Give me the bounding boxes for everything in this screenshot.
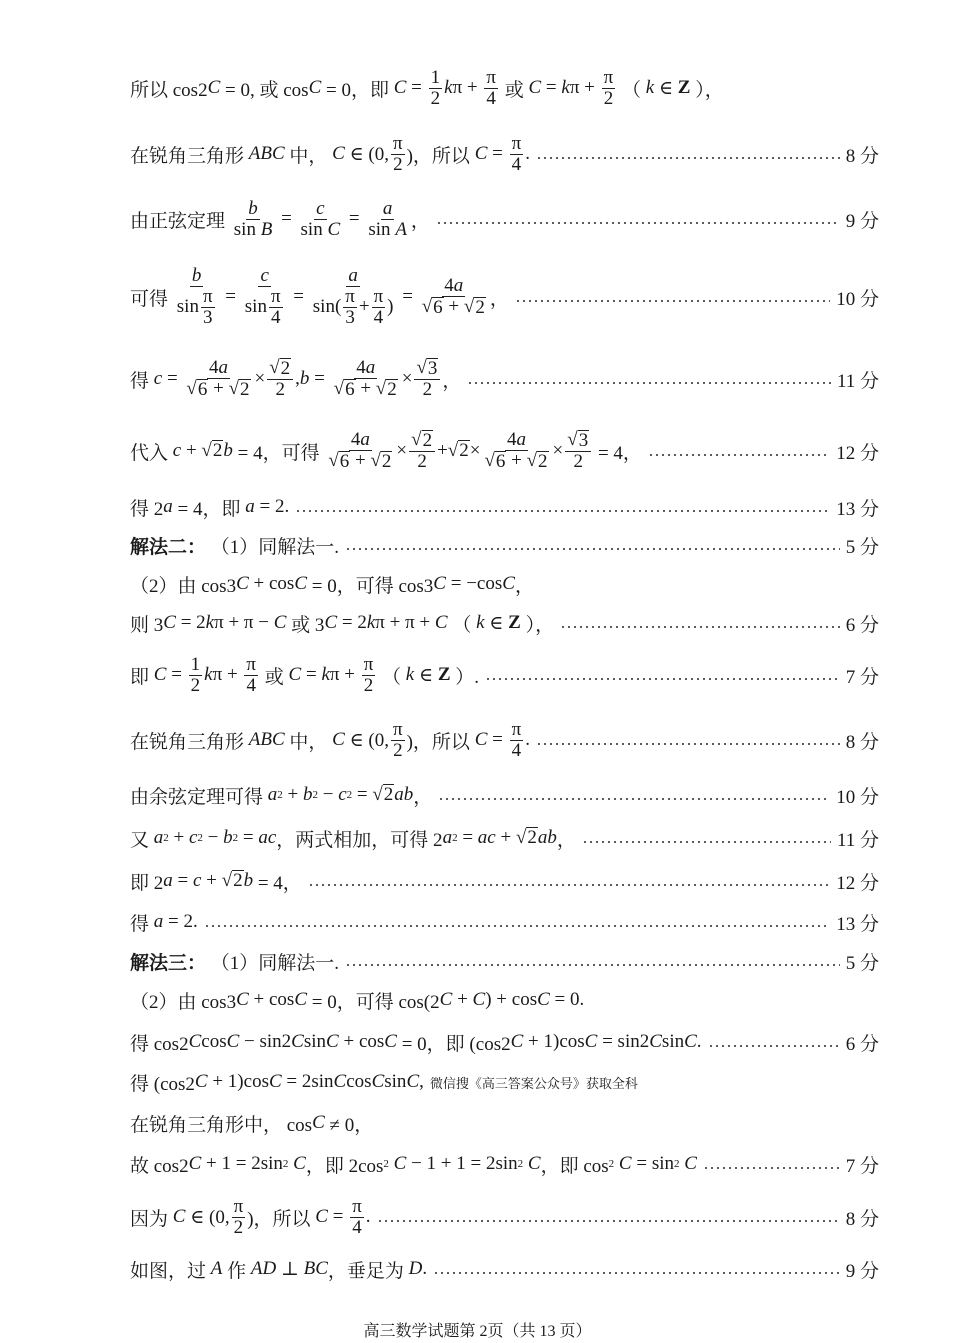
line-content: 代入 c + √2b = 4，可得 4a√6 + √2×√22+√2×4a√6 … — [130, 430, 642, 473]
score-label: 8 分 — [846, 141, 879, 168]
dot-leader — [433, 1272, 840, 1274]
dot-leader — [536, 157, 840, 159]
score-label: 8 分 — [846, 727, 879, 754]
score-label: 11 分 — [837, 825, 879, 852]
dot-leader — [485, 678, 840, 680]
solution-line-19: 得 cos2CcosC − sin2CsinC + cosC = 0，即 (co… — [130, 1022, 879, 1062]
solution-line-9: （2）由 cos3C + cosC = 0，可得 cos3C = −cosC， — [130, 564, 879, 604]
line-content: 得 2a = 4，即 a = 2. — [130, 494, 289, 521]
solution-line-1: 所以 cos2C = 0, 或 cosC = 0，即 C = 12kπ + π4… — [130, 68, 879, 108]
dot-leader — [308, 884, 830, 886]
score-label: 5 分 — [846, 532, 879, 559]
line-content: 因为 C ∈ (0,π2)，所以 C = π4. — [130, 1197, 371, 1238]
dot-leader — [582, 841, 831, 843]
solution-line-6: 代入 c + √2b = 4，可得 4a√6 + √2×√22+√2×4a√6 … — [130, 431, 879, 471]
line-content: 得 a = 2. — [130, 909, 198, 936]
line-content: 即 2a = c + √2b = 4， — [130, 868, 302, 895]
score-label: 10 分 — [836, 284, 879, 311]
line-content: （2）由 cos3C + cosC = 0，可得 cos(2C + C) + c… — [130, 987, 584, 1014]
dot-leader — [436, 222, 840, 224]
line-content: 又 a2 + c2 − b2 = ac，两式相加，可得 2a2 = ac + √… — [130, 825, 576, 852]
solution-line-7: 得 2a = 4，即 a = 2. 13 分 — [130, 487, 879, 527]
dot-leader — [295, 510, 830, 512]
method-3-heading: 解法三： （1）同解法一. 5 分 — [130, 941, 879, 981]
solution-line-18: （2）由 cos3C + cosC = 0，可得 cos(2C + C) + c… — [130, 980, 879, 1020]
line-content: 由正弦定理 bsin B = csin C = asin A， — [130, 199, 430, 240]
line-content: 则 3C = 2kπ + π − C 或 3C = 2kπ + π + C （ … — [130, 610, 554, 637]
solution-line-3: 由正弦定理 bsin B = csin C = asin A， 9 分 — [130, 199, 879, 239]
score-label: 11 分 — [837, 366, 879, 393]
solution-line-22: 故 cos2C + 1 = 2sin2 C，即 2cos2 C − 1 + 1 … — [130, 1144, 879, 1184]
line-content: 在锐角三角形中， cosC ≠ 0， — [130, 1110, 373, 1137]
dot-leader — [536, 743, 840, 745]
score-label: 13 分 — [836, 494, 879, 521]
solution-line-13: 由余弦定理可得 a2 + b2 − c2 = √2ab， 10 分 — [130, 775, 879, 815]
solution-line-24: 如图，过 A 作 AD ⊥ BC，垂足为 D. 9 分 — [130, 1249, 879, 1289]
score-label: 5 分 — [846, 948, 879, 975]
dot-leader — [560, 626, 840, 628]
score-label: 7 分 — [846, 1151, 879, 1178]
dot-leader — [648, 454, 830, 456]
solution-line-5: 得 c = 4a√6 + √2×√22,b = 4a√6 + √2×√32， 1… — [130, 359, 879, 399]
line-content: 即 C = 12kπ + π4 或 C = kπ + π2 （ k ∈ Z ）. — [130, 655, 479, 696]
score-label: 12 分 — [836, 438, 879, 465]
dot-leader — [467, 382, 831, 384]
line-content: 解法三： （1）同解法一. — [130, 948, 339, 975]
line-content: 可得 bsinπ3 = csinπ4 = asin(π3+π4) = 4a√6 … — [130, 266, 509, 328]
dot-leader — [515, 300, 830, 302]
score-label: 6 分 — [846, 1029, 879, 1056]
solution-line-20: 得 (cos2C + 1)cosC = 2sinCcosCsinC, 微信搜《高… — [130, 1062, 879, 1102]
dot-leader — [345, 548, 840, 550]
line-content: 在锐角三角形 ABC 中， C ∈ (0,π2)，所以 C = π4. — [130, 134, 530, 175]
line-content: 得 cos2CcosC − sin2CsinC + cosC = 0，即 (co… — [130, 1029, 702, 1056]
score-label: 13 分 — [836, 909, 879, 936]
line-content: 如图，过 A 作 AD ⊥ BC，垂足为 D. — [130, 1256, 427, 1283]
dot-leader — [703, 1167, 840, 1169]
page-footer: 高三数学试题第 2页（共 13 页） — [0, 1318, 955, 1341]
score-label: 10 分 — [836, 782, 879, 809]
solution-line-15: 即 2a = c + √2b = 4， 12 分 — [130, 861, 879, 901]
score-label: 9 分 — [846, 206, 879, 233]
method-2-heading: 解法二： （1）同解法一. 5 分 — [130, 525, 879, 565]
score-label: 12 分 — [836, 868, 879, 895]
solution-line-23: 因为 C ∈ (0,π2)，所以 C = π4. 8 分 — [130, 1197, 879, 1237]
line-content: 在锐角三角形 ABC 中， C ∈ (0,π2)，所以 C = π4. — [130, 720, 530, 761]
dot-leader — [708, 1045, 840, 1047]
solution-line-2: 在锐角三角形 ABC 中， C ∈ (0,π2)，所以 C = π4. 8 分 — [130, 134, 879, 174]
same-as-method-1: （1）同解法一. — [211, 532, 339, 559]
method-2-label: 解法二： — [130, 532, 206, 559]
line-content: 所以 cos2C = 0, 或 cosC = 0，即 C = 12kπ + π4… — [130, 68, 724, 109]
solution-line-12: 在锐角三角形 ABC 中， C ∈ (0,π2)，所以 C = π4. 8 分 — [130, 720, 879, 760]
line-content: 得 c = 4a√6 + √2×√22,b = 4a√6 + √2×√32， — [130, 358, 461, 401]
watermark-text: 微信搜《高三答案公众号》获取全科 — [430, 1073, 638, 1092]
line-content: 由余弦定理可得 a2 + b2 − c2 = √2ab， — [130, 782, 432, 809]
dot-leader — [377, 1220, 840, 1222]
score-label: 7 分 — [846, 662, 879, 689]
method-3-label: 解法三： — [130, 948, 206, 975]
solution-line-4: 可得 bsinπ3 = csinπ4 = asin(π3+π4) = 4a√6 … — [130, 277, 879, 317]
solution-line-10: 则 3C = 2kπ + π − C 或 3C = 2kπ + π + C （ … — [130, 603, 879, 643]
line-content: 故 cos2C + 1 = 2sin2 C，即 2cos2 C − 1 + 1 … — [130, 1151, 697, 1178]
solution-line-14: 又 a2 + c2 − b2 = ac，两式相加，可得 2a2 = ac + √… — [130, 818, 879, 858]
dot-leader — [345, 964, 840, 966]
same-as-method-1: （1）同解法一. — [211, 948, 339, 975]
dot-leader — [438, 798, 830, 800]
score-label: 6 分 — [846, 610, 879, 637]
score-label: 8 分 — [846, 1204, 879, 1231]
line-content: 解法二： （1）同解法一. — [130, 532, 339, 559]
solution-line-11: 即 C = 12kπ + π4 或 C = kπ + π2 （ k ∈ Z ）.… — [130, 655, 879, 695]
solution-line-21: 在锐角三角形中， cosC ≠ 0， — [130, 1103, 879, 1143]
line-content: （2）由 cos3C + cosC = 0，可得 cos3C = −cosC， — [130, 571, 534, 598]
dot-leader — [204, 925, 831, 927]
score-label: 9 分 — [846, 1256, 879, 1283]
line-content: 得 (cos2C + 1)cosC = 2sinCcosCsinC, 微信搜《高… — [130, 1069, 638, 1096]
solution-line-16: 得 a = 2. 13 分 — [130, 902, 879, 942]
